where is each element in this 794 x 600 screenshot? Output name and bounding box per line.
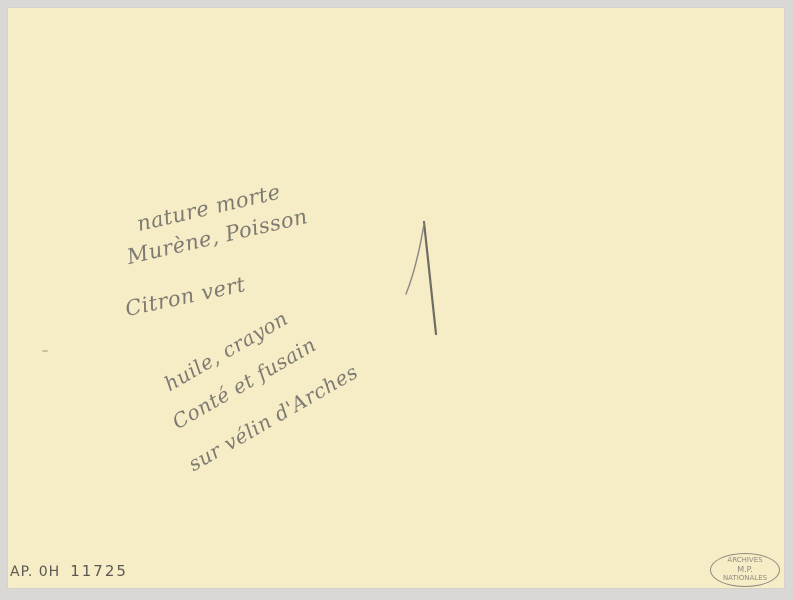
handwritten-numeral-one bbox=[396, 218, 446, 338]
inventory-value: 11725 bbox=[70, 562, 128, 580]
stamp-bottom: NATIONALES bbox=[711, 574, 779, 583]
paper-speck bbox=[42, 350, 48, 352]
inventory-number: AP. 0H11725 bbox=[10, 562, 128, 580]
inventory-prefix: AP. 0H bbox=[10, 564, 60, 580]
archives-stamp: ARCHIVES M.P. NATIONALES bbox=[710, 553, 780, 587]
stamp-middle: M.P. bbox=[711, 565, 779, 574]
stamp-top: ARCHIVES bbox=[711, 556, 779, 565]
